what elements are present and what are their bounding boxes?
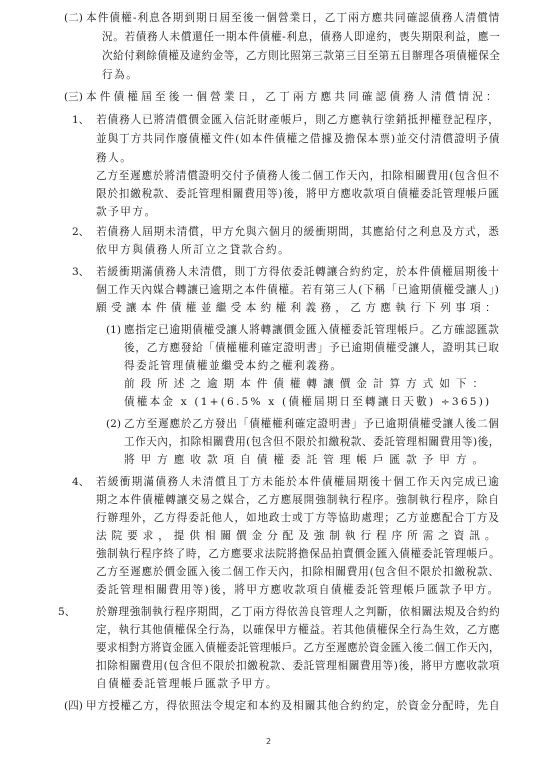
subitem-marker-1: (1) [106, 323, 121, 337]
subitem-1-line: 前段所述之逾期本件債權轉讓價金計算方式如下： [124, 377, 489, 391]
price-formula: 債權本金 x (1+(6.5% x (債權屆期日至轉讓日天數) ÷365)) [124, 395, 491, 409]
subitem-marker-2: (2) [106, 417, 121, 431]
item-4-line: 行辦理外，乙方得委託他人，如地政士或丁方等協助處理；乙方並應配合丁方及 [96, 511, 500, 525]
item-5-line: 扣除相關費用(包含但不限於扣繳稅款、委託管理相關費用等)後，將甲方應收款項 [96, 659, 500, 673]
item-1-line: 務人。 [96, 151, 132, 165]
item-2-line: 若債務人屆期未清償，甲方允與六個月的緩衝期間，其應給付之利息及方式，悉 [96, 225, 500, 239]
item-marker-1: 1、 [72, 113, 89, 127]
item-1-line: 並與丁方共同作廢債權文件(如本件債權之借據及擔保本票)並交付清償證明予債 [96, 132, 500, 146]
item-5-line: 於辦理強制執行程序期間，乙丁兩方得依善良管理人之判斷，依相關法規及合約約 [96, 605, 500, 619]
item-4-line: 法院要求，提供相關價金分配及強制執行程序所需之資訊。 [96, 529, 500, 543]
item-1-line: 款予甲方。 [96, 205, 157, 219]
document-page: (二) 本件債權-利息各期到期日屆至後一個營業日，乙丁兩方應共同確認債務人清償情… [0, 0, 539, 773]
item-1-line: 限於扣繳稅款、委託管理相關費用等)後，將甲方應收款項自債權委託管理帳戶匯 [96, 187, 500, 201]
section-2-line: 本件債權-利息各期到期日屆至後一個營業日，乙丁兩方應共同確認債務人清償情 [86, 11, 500, 25]
section-3-line: 本件債權屆至後一個營業日，乙丁兩方應共同確認債務人清償情況： [86, 90, 500, 104]
subitem-1-line: 應指定已逾期債權受讓人將轉讓價金匯入債權委託管理帳戶。乙方確認匯款 [124, 323, 500, 337]
item-marker-2: 2、 [72, 225, 89, 239]
item-4-line: 委託管理相關費用等)後，將甲方應收款項自債權委託管理帳戶匯款予甲方。 [96, 583, 500, 597]
item-5-line: 自債權委託管理帳戶匯款予甲方。 [96, 677, 278, 691]
subitem-1-line: 後，乙方應發給「債權權利確定證明書」予已逾期債權受讓人，證明其已取 [124, 341, 500, 355]
item-2-line: 依甲方與債務人所訂立之貸款合約。 [96, 243, 290, 257]
item-4-line: 期之本件債權轉讓交易之媒合，乙方應展開強制執行程序。強制執行程序，除自 [96, 493, 500, 507]
item-4-line: 若緩衝期滿債務人未清償且丁方未能於本件債權屆期後十個工作天內完成已逾 [96, 475, 500, 489]
item-3-line: 願受讓本件債權並繼受本約權利義務，乙方應執行下列事項： [96, 301, 500, 315]
section-2-line: 況。若債務人未償還任一期本件債權-利息，債務人即違約，喪失期限利益，應一 [102, 30, 500, 44]
section-marker-3: (三) [64, 90, 83, 104]
section-2-line: 次給付剩餘債權及違約金等，乙方則比照第三款第三目至第五目辦理各項債權保全 [102, 49, 500, 63]
item-1-line: 若債務人已將清償價金匯入信託財產帳戶，則乙方應執行塗銷抵押權登記程序， [96, 113, 500, 127]
item-marker-3: 3、 [72, 265, 89, 279]
section-marker-2: (二) [64, 11, 83, 25]
item-1-line: 乙方至遲應於將清償證明交付予債務人後二個工作天內，扣除相關費用(包含但不 [96, 169, 500, 183]
section-4-line: 甲方授權乙方，得依照法令規定和本約及相關其他合約約定，於資金分配時，先自 [86, 699, 500, 713]
item-marker-4: 4、 [72, 475, 89, 489]
item-4-line: 乙方至遲應於價金匯入後二個工作天內，扣除相關費用(包含但不限於扣繳稅款、 [96, 565, 500, 579]
subitem-2-line: 乙方至遲應於乙方發出「債權權利確定證明書」予已逾期債權受讓人後二個 [124, 417, 500, 431]
item-marker-5: 5、 [58, 605, 75, 619]
item-3-line: 若緩衝期滿債務人未清償，則丁方得依委託轉讓合約約定，於本件債權屆期後十 [96, 265, 500, 279]
section-2-line: 行為。 [102, 68, 138, 82]
section-marker-4: (四) [64, 699, 83, 713]
item-3-line: 個工作天內媒合轉讓已逾期之本件債權。若有第三人(下稱「已逾期債權受讓人」) [96, 283, 500, 297]
subitem-1-line: 得委託管理債權並繼受本約之權利義務。 [124, 359, 343, 373]
subitem-2-line: 將甲方應收款項自債權委託管理帳戶匯款予甲方。 [124, 453, 489, 467]
item-4-line: 強制執行程序終了時，乙方應要求法院將擔保品拍賣價金匯入債權委託管理帳戶。 [96, 547, 500, 561]
subitem-2-line: 工作天內，扣除相關費用(包含但不限於扣繳稅款、委託管理相關費用等)後， [124, 435, 500, 449]
item-5-line: 要求相對方將資金匯入債權委託管理帳戶。乙方至遲應於資金匯入後二個工作天內， [96, 641, 500, 655]
item-5-line: 定，執行其他債權保全行為，以確保甲方權益。若其他債權保全行為生效，乙方應 [96, 623, 500, 637]
page-number: 2 [266, 737, 271, 747]
